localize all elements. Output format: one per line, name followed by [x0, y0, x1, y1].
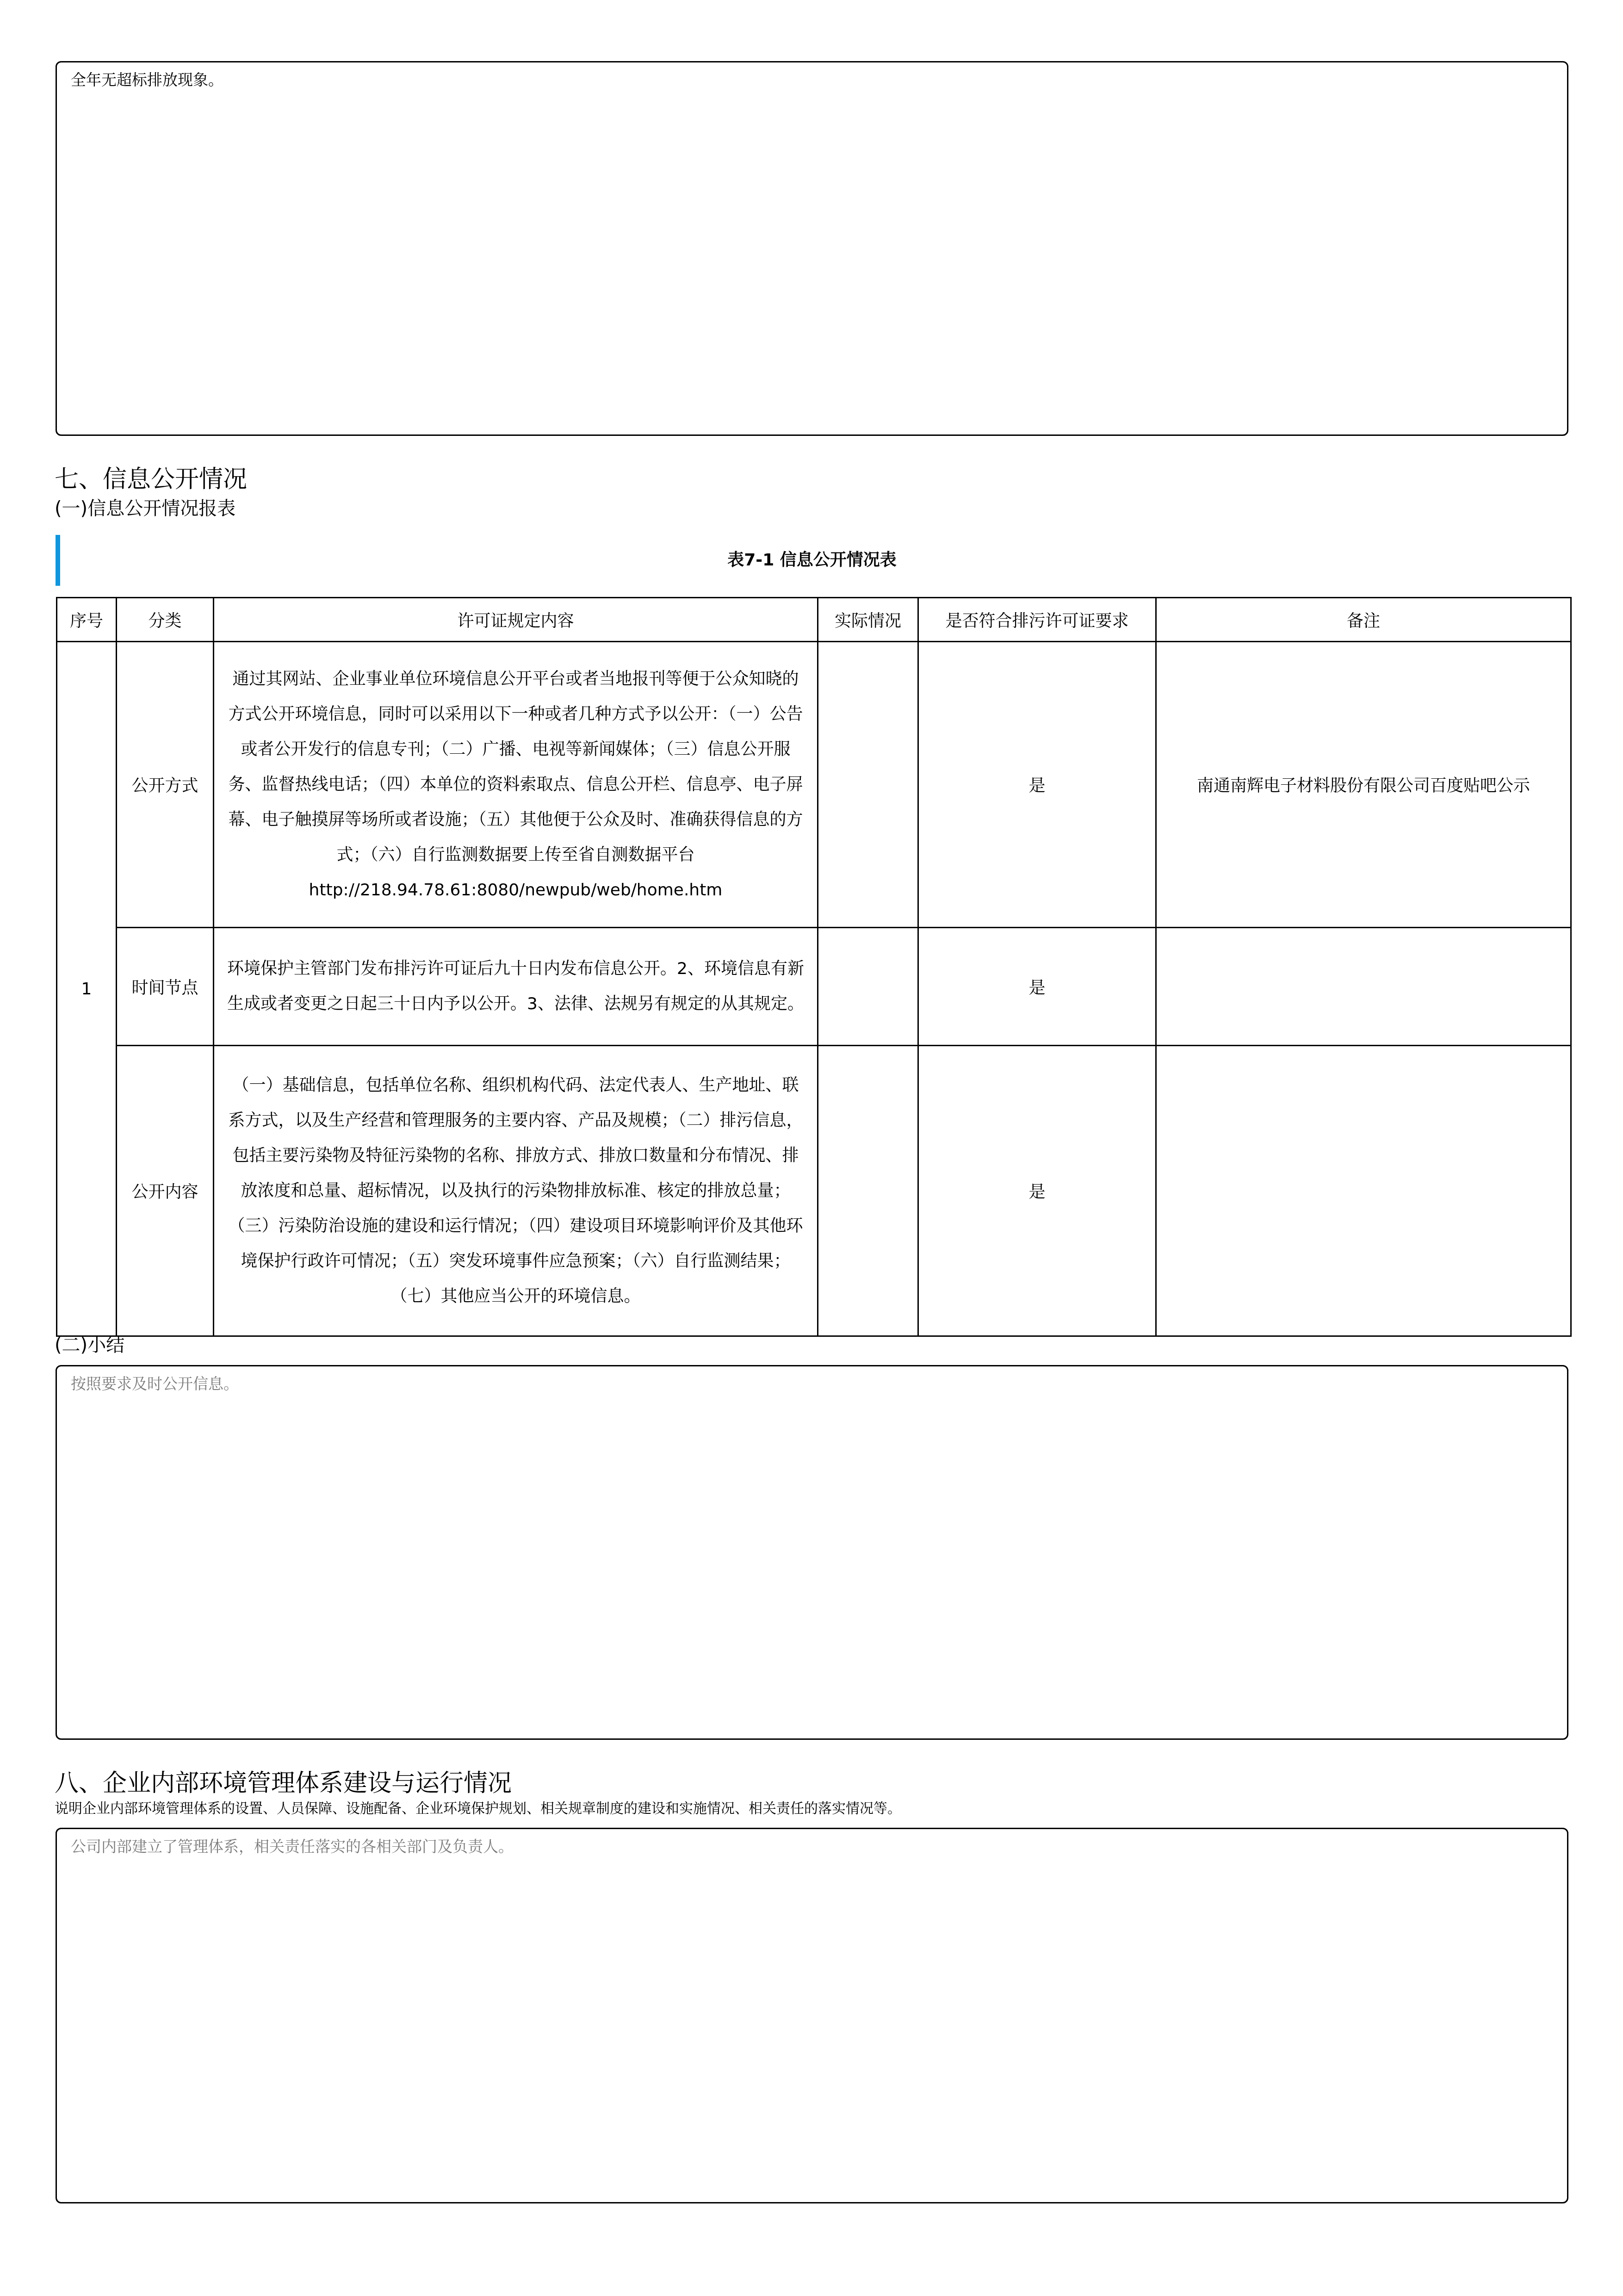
section7-title: 七、信息公开情况 [55, 465, 247, 494]
row-actual [818, 642, 918, 928]
exceedance-summary-box[interactable]: 全年无超标排放现象。 [56, 61, 1568, 436]
section8-title: 八、企业内部环境管理体系建设与运行情况 [55, 1769, 512, 1798]
row-category: 时间节点 [117, 928, 214, 1046]
management-system-textarea[interactable]: 公司内部建立了管理体系，相关责任落实的各相关部门及负责人。 [56, 1828, 1568, 2203]
row-permit-content: 环境保护主管部门发布排污许可证后九十日内发布信息公开。2、环境信息有新生成或者变… [214, 928, 818, 1046]
table-caption: 表7-1 信息公开情况表 [56, 549, 1568, 572]
row-category: 公开内容 [117, 1046, 214, 1336]
row-actual [818, 1046, 918, 1336]
row-category: 公开方式 [117, 642, 214, 928]
row-remark [1156, 928, 1571, 1046]
row-permit-content: 通过其网站、企业事业单位环境信息公开平台或者当地报刊等便于公众知晓的方式公开环境… [214, 642, 818, 928]
row-compliant: 是 [918, 1046, 1156, 1336]
summary-text: 按照要求及时公开信息。 [71, 1375, 239, 1393]
table-row: 公开内容 （一）基础信息，包括单位名称、组织机构代码、法定代表人、生产地址、联系… [57, 1046, 1571, 1336]
summary-label: (二)小结 [55, 1334, 124, 1357]
header-permit-content: 许可证规定内容 [214, 598, 818, 642]
row-actual [818, 928, 918, 1046]
header-category: 分类 [117, 598, 214, 642]
section8-description: 说明企业内部环境管理体系的设置、人员保障、设施配备、企业环境保护规划、相关规章制… [55, 1800, 901, 1818]
row-compliant: 是 [918, 928, 1156, 1046]
row-remark: 南通南辉电子材料股份有限公司百度贴吧公示 [1156, 642, 1571, 928]
row-index: 1 [57, 642, 117, 1336]
row-remark [1156, 1046, 1571, 1336]
row-compliant: 是 [918, 642, 1156, 928]
header-compliant: 是否符合排污许可证要求 [918, 598, 1156, 642]
header-actual: 实际情况 [818, 598, 918, 642]
header-remark: 备注 [1156, 598, 1571, 642]
summary-textarea[interactable]: 按照要求及时公开信息。 [56, 1365, 1568, 1740]
management-system-text: 公司内部建立了管理体系，相关责任落实的各相关部门及负责人。 [71, 1837, 514, 1855]
row-permit-content: （一）基础信息，包括单位名称、组织机构代码、法定代表人、生产地址、联系方式，以及… [214, 1046, 818, 1336]
table-row: 时间节点 环境保护主管部门发布排污许可证后九十日内发布信息公开。2、环境信息有新… [57, 928, 1571, 1046]
table-row: 1 公开方式 通过其网站、企业事业单位环境信息公开平台或者当地报刊等便于公众知晓… [57, 642, 1571, 928]
exceedance-summary-text: 全年无超标排放现象。 [71, 71, 223, 89]
info-disclosure-table: 序号 分类 许可证规定内容 实际情况 是否符合排污许可证要求 备注 1 公开方式… [56, 597, 1572, 1337]
section7-subtitle: (一)信息公开情况报表 [55, 497, 235, 520]
table-header-row: 序号 分类 许可证规定内容 实际情况 是否符合排污许可证要求 备注 [57, 598, 1571, 642]
header-index: 序号 [57, 598, 117, 642]
